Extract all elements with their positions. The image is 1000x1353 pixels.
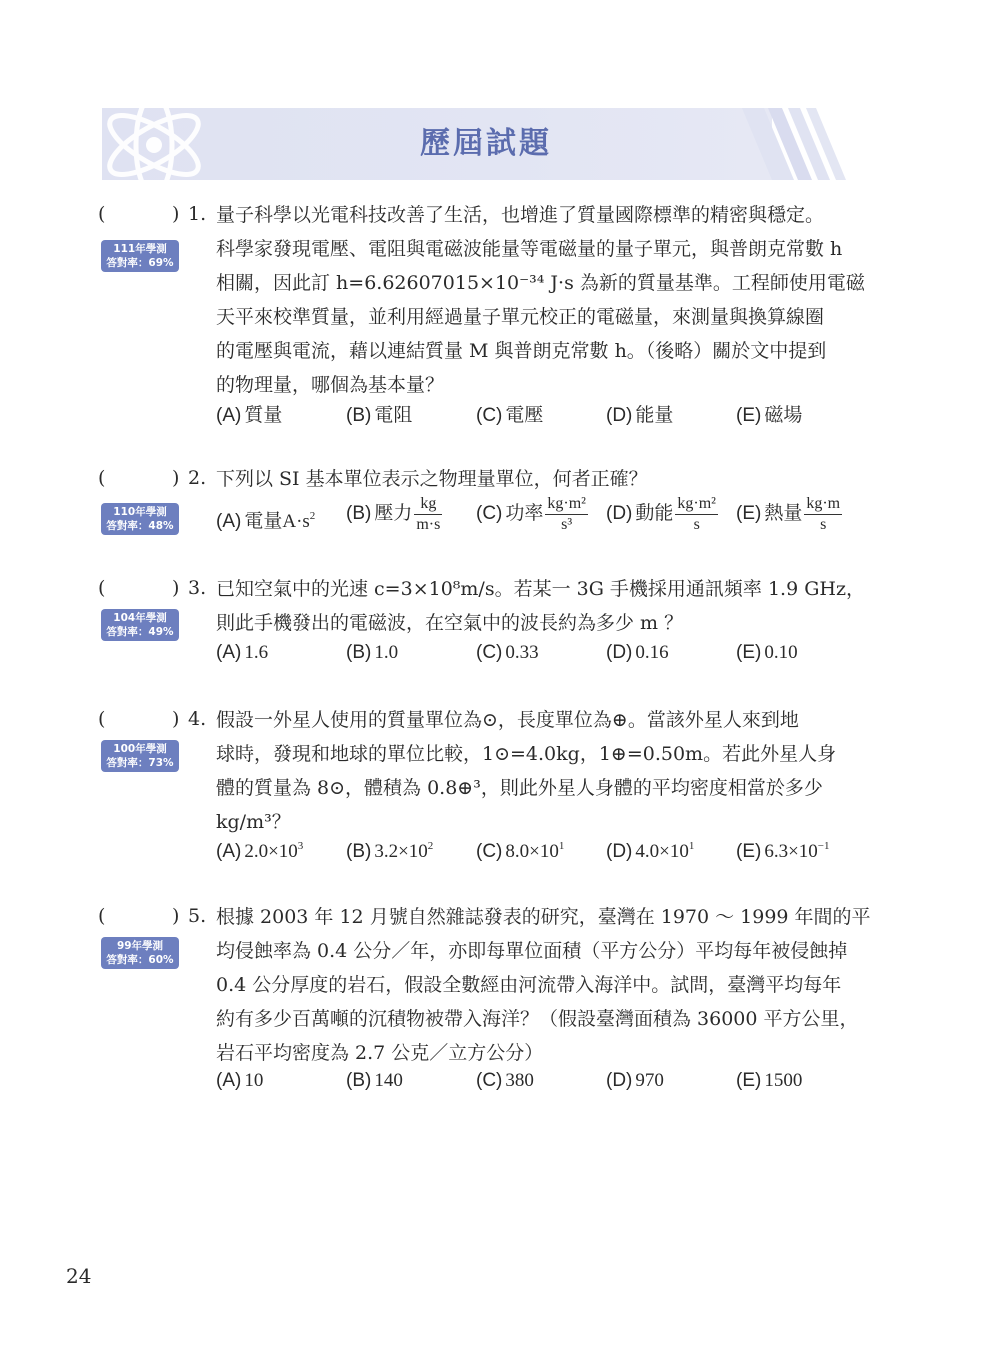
answer-paren-open: (	[98, 467, 105, 489]
option-b[interactable]: (B)壓力kgm·s	[346, 494, 442, 535]
answer-paren-close: )	[172, 467, 179, 489]
options-row: (A)電量A·s2 (B)壓力kgm·s (C)功率kg·m²s³ (D)動能k…	[216, 500, 871, 550]
page-number: 24	[66, 1264, 91, 1288]
option-a[interactable]: (A)電量A·s2	[216, 506, 315, 533]
stem-line: 量子科學以光電科技改善了生活，也增進了質量國際標準的精密與穩定。	[216, 198, 871, 232]
answer-paren-open: (	[98, 203, 105, 225]
badge-exam-year: 100年學測	[101, 742, 179, 756]
options-row: (A)10 (B)140 (C)380 (D)970 (E)1500	[216, 1070, 871, 1104]
option-a[interactable]: (A)1.6	[216, 642, 268, 664]
option-a[interactable]: (A)質量	[216, 400, 282, 427]
options-row: (A)1.6 (B)1.0 (C)0.33 (D)0.16 (E)0.10	[216, 642, 871, 676]
stem-line: 已知空氣中的光速 c=3×10⁸m/s。若某一 3G 手機採用通訊頻率 1.9 …	[216, 572, 871, 606]
badge-exam-year: 111年學測	[101, 242, 179, 256]
exam-badge: 111年學測 答對率：69%	[101, 240, 179, 272]
fraction: kg·m²s³	[545, 494, 588, 535]
exam-badge: 100年學測 答對率：73%	[101, 740, 179, 772]
question-number: 5.	[188, 905, 206, 927]
option-e[interactable]: (E)熱量kg·ms	[736, 494, 842, 535]
option-e[interactable]: (E)6.3×10−1	[736, 841, 830, 863]
badge-correct-rate: 答對率：73%	[101, 756, 179, 770]
option-d[interactable]: (D)能量	[606, 400, 673, 427]
answer-paren-close: )	[172, 577, 179, 599]
badge-correct-rate: 答對率：69%	[101, 256, 179, 270]
stem-line: 相關，因此訂 h=6.62607015×10⁻³⁴ J·s 為新的質量基準。工程…	[216, 266, 871, 300]
fraction: kgm·s	[414, 494, 442, 535]
exam-badge: 104年學測 答對率：49%	[101, 609, 179, 641]
option-b[interactable]: (B)電阻	[346, 400, 412, 427]
exam-badge: 110年學測 答對率：48%	[101, 503, 179, 535]
stem-line: 球時，發現和地球的單位比較，1⊙=4.0kg，1⊕=0.50m。若此外星人身	[216, 737, 871, 771]
option-e[interactable]: (E)磁場	[736, 400, 802, 427]
question-stem: 根據 2003 年 12 月號自然雜誌發表的研究，臺灣在 1970 ～ 1999…	[216, 900, 871, 1070]
question-stem: 下列以 SI 基本單位表示之物理量單位，何者正確？	[216, 462, 871, 496]
stem-line: 天平來校準質量，並利用經過量子單元校正的電磁量，來測量與換算線圈	[216, 300, 871, 334]
question-number: 1.	[188, 203, 206, 225]
options-row: (A)質量 (B)電阻 (C)電壓 (D)能量 (E)磁場	[216, 400, 871, 434]
stem-line: 體的質量為 8⊙，體積為 0.8⊕³，則此外星人身體的平均密度相當於多少	[216, 771, 871, 805]
stem-line: 均侵蝕率為 0.4 公分／年，亦即每單位面積（平方公分）平均每年被侵蝕掉	[216, 934, 871, 968]
stem-line: 的物理量，哪個為基本量？	[216, 368, 871, 402]
badge-exam-year: 104年學測	[101, 611, 179, 625]
option-e[interactable]: (E)1500	[736, 1070, 802, 1092]
badge-exam-year: 99年學測	[101, 939, 179, 953]
badge-correct-rate: 答對率：48%	[101, 519, 179, 533]
stem-line: 的電壓與電流，藉以連結質量 M 與普朗克常數 h。（後略）關於文中提到	[216, 334, 871, 368]
answer-paren-close: )	[172, 905, 179, 927]
stem-line: 0.4 公分厚度的岩石，假設全數經由河流帶入海洋中。試問，臺灣平均每年	[216, 968, 871, 1002]
badge-correct-rate: 答對率：49%	[101, 625, 179, 639]
option-a[interactable]: (A)2.0×103	[216, 841, 303, 863]
question-stem: 已知空氣中的光速 c=3×10⁸m/s。若某一 3G 手機採用通訊頻率 1.9 …	[216, 572, 871, 640]
stem-line: 則此手機發出的電磁波，在空氣中的波長約為多少 m ？	[216, 606, 871, 640]
question-number: 4.	[188, 708, 206, 730]
question-number: 3.	[188, 577, 206, 599]
option-b[interactable]: (B)3.2×102	[346, 841, 433, 863]
option-d[interactable]: (D)0.16	[606, 642, 669, 664]
answer-paren-open: (	[98, 905, 105, 927]
page-title: 歷屆試題	[102, 108, 858, 180]
option-c[interactable]: (C)電壓	[476, 400, 543, 427]
stem-line: 根據 2003 年 12 月號自然雜誌發表的研究，臺灣在 1970 ～ 1999…	[216, 900, 871, 934]
question-stem: 量子科學以光電科技改善了生活，也增進了質量國際標準的精密與穩定。 科學家發現電壓…	[216, 198, 871, 402]
fraction: kg·m²s	[675, 494, 718, 535]
option-d[interactable]: (D)970	[606, 1070, 664, 1092]
exam-badge: 99年學測 答對率：60%	[101, 937, 179, 969]
option-d[interactable]: (D)動能kg·m²s	[606, 494, 718, 535]
badge-exam-year: 110年學測	[101, 505, 179, 519]
stem-line: 科學家發現電壓、電阻與電磁波能量等電磁量的量子單元，與普朗克常數 h	[216, 232, 871, 266]
question-number: 2.	[188, 467, 206, 489]
option-d[interactable]: (D)4.0×101	[606, 841, 694, 863]
option-c[interactable]: (C)功率kg·m²s³	[476, 494, 588, 535]
stem-line: 岩石平均密度為 2.7 公克／立方公分）	[216, 1036, 871, 1070]
fraction: kg·ms	[804, 494, 842, 535]
stem-line: kg/m³？	[216, 805, 871, 839]
option-c[interactable]: (C)8.0×101	[476, 841, 564, 863]
stem-line: 假設一外星人使用的質量單位為⊙，長度單位為⊕。當該外星人來到地	[216, 703, 871, 737]
stem-line: 下列以 SI 基本單位表示之物理量單位，何者正確？	[216, 462, 871, 496]
options-row: (A)2.0×103 (B)3.2×102 (C)8.0×101 (D)4.0×…	[216, 841, 871, 875]
option-c[interactable]: (C)380	[476, 1070, 534, 1092]
answer-paren-open: (	[98, 708, 105, 730]
option-a[interactable]: (A)10	[216, 1070, 263, 1092]
option-b[interactable]: (B)140	[346, 1070, 403, 1092]
option-e[interactable]: (E)0.10	[736, 642, 798, 664]
answer-paren-close: )	[172, 708, 179, 730]
option-c[interactable]: (C)0.33	[476, 642, 539, 664]
option-b[interactable]: (B)1.0	[346, 642, 398, 664]
question-stem: 假設一外星人使用的質量單位為⊙，長度單位為⊕。當該外星人來到地 球時，發現和地球…	[216, 703, 871, 839]
stem-line: 約有多少百萬噸的沉積物被帶入海洋？（假設臺灣面積為 36000 平方公里，	[216, 1002, 871, 1036]
answer-paren-open: (	[98, 577, 105, 599]
section-banner: 歷屆試題	[102, 108, 858, 180]
answer-paren-close: )	[172, 203, 179, 225]
badge-correct-rate: 答對率：60%	[101, 953, 179, 967]
